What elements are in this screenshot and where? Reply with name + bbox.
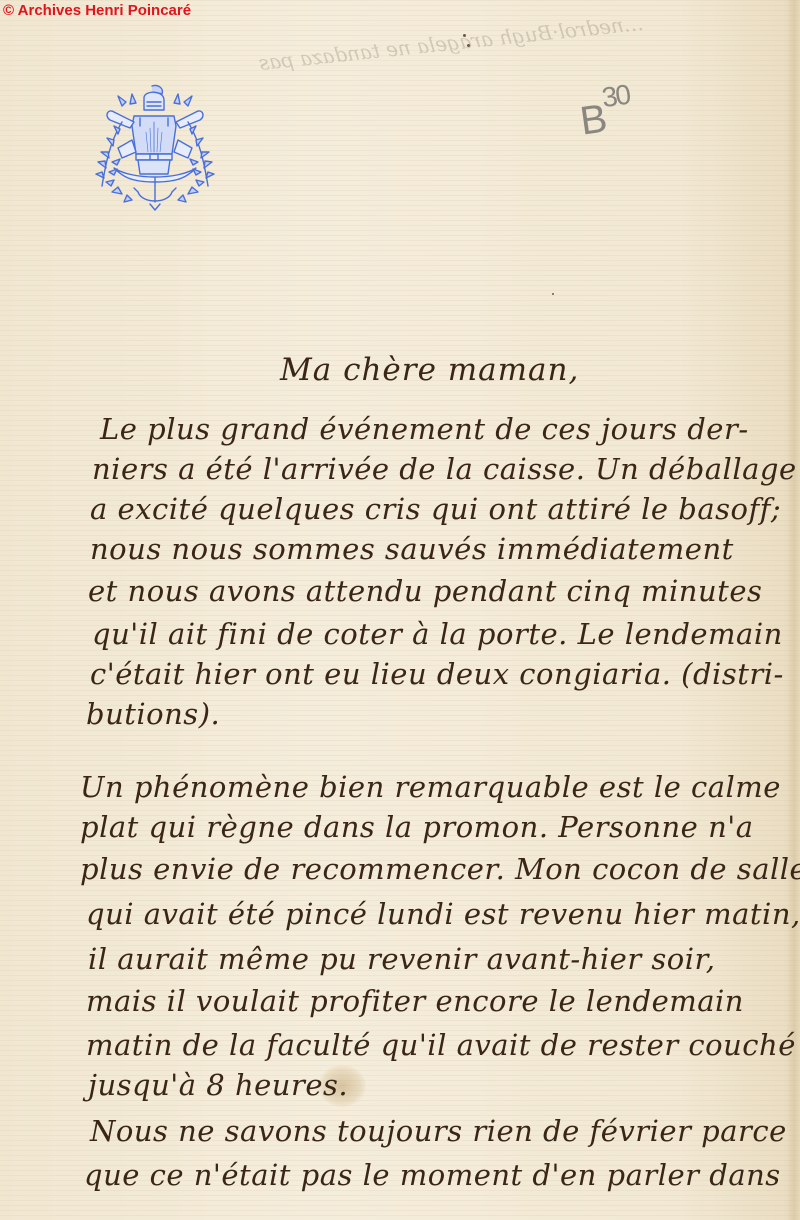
letter-line: Un phénomène bien remarquable est le cal…: [80, 768, 781, 806]
crest-letterhead-icon: [92, 82, 218, 212]
letter-line: c'était hier ont eu lieu deux congiaria.…: [90, 655, 784, 693]
letter-line: a excité quelques cris qui ont attiré le…: [90, 490, 781, 528]
letter-line: et nous avons attendu pendant cinq minut…: [88, 572, 762, 610]
letter-line: nous nous sommes sauvés immédiatement: [90, 530, 734, 568]
letter-line: niers a été l'arrivée de la caisse. Un d…: [92, 450, 797, 488]
letter-line: que ce n'était pas le moment d'en parler…: [84, 1156, 781, 1194]
copyright-watermark: © Archives Henri Poincaré: [0, 0, 194, 22]
letter-line: plat qui règne dans la promon. Personne …: [80, 808, 754, 846]
ink-speck: [463, 34, 466, 37]
letter-line: Nous ne savons toujours rien de février …: [90, 1112, 787, 1150]
letter-line: il aurait même pu revenir avant-hier soi…: [88, 940, 715, 978]
letter-line: plus envie de recommencer. Mon cocon de …: [80, 850, 800, 888]
letter-line: mais il voulait profiter encore le lende…: [86, 982, 744, 1020]
letter-line: butions).: [86, 695, 220, 733]
letter-line: qu'il ait fini de coter à la porte. Le l…: [92, 615, 783, 653]
letter-line: Le plus grand événement de ces jours der…: [100, 410, 749, 448]
letter-line: matin de la faculté qu'il avait de reste…: [86, 1026, 796, 1064]
ink-speck: [467, 44, 470, 47]
salutation: Ma chère maman,: [280, 350, 579, 390]
letter-line: jusqu'à 8 heures.: [88, 1066, 348, 1104]
letter-line: qui avait été pincé lundi est revenu hie…: [86, 895, 800, 933]
archive-reference: B30: [577, 89, 635, 145]
ink-speck: [552, 293, 554, 295]
archive-reference-sup: 30: [600, 79, 631, 113]
